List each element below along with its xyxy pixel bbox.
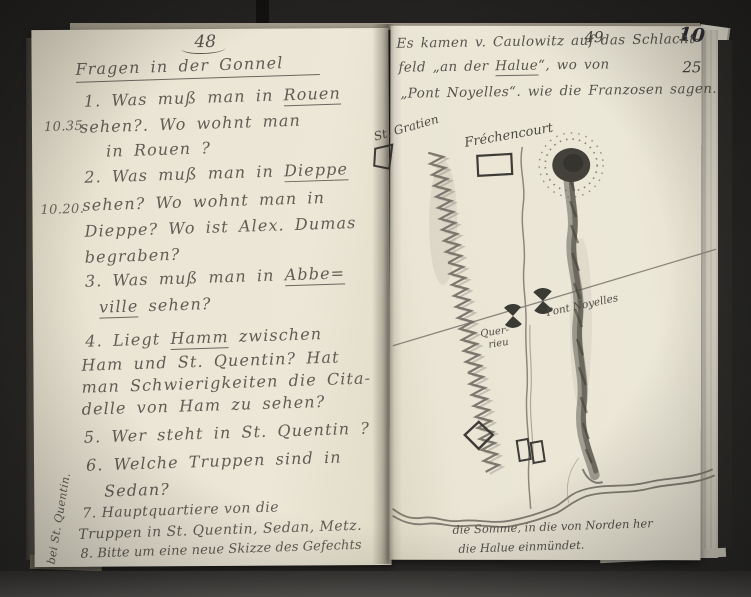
question-line: 7. Hauptquartiere von die [82,499,279,521]
battlefield-sketch-map: St. Gratien Fréchencourt Quer- rieu Pont… [373,113,719,564]
diary-line: „Pont Noyelles“. wie die Franzosen sagen… [400,81,717,102]
text-segment: 2. Was muß man in [84,161,284,186]
question-line: 5. Wer steht in St. Quentin ? [84,419,371,447]
map-caption-line2: die Halue einmündet. [458,538,584,556]
question-line: ville sehen? [99,294,212,317]
question-line: delle von Ham zu sehen? [81,392,325,419]
notebook-photo: 48 Fragen in der Gonnel 10.35. 10.20. 1.… [0,0,751,597]
question-line: 3. Was muß man in Abbe= [85,263,346,290]
page-number-flourish [181,43,225,54]
text-segment: 4. Liegt [85,329,171,351]
diary-line: feld „an der Halue“, wo von [398,56,609,75]
question-line: sehen? Wo wohnt man in [82,188,325,215]
text-segment: sehen? [138,294,212,315]
diary-line: Es kamen v. Caulowitz auf das Schlacht- [396,31,700,52]
river-name-underlined: Halue [495,58,538,77]
text-segment: “, wo von [538,56,610,73]
table-surface-bottom [0,571,751,597]
cover-right-edge [718,40,732,550]
wooded-knoll-core [563,154,583,172]
question-line: 4. Liegt Hamm zwischen [85,324,322,351]
text-segment: 3. Was muß man in [85,265,285,290]
text-segment: feld „an der [398,58,495,76]
right-page: 49 10 25 Es kamen v. Caulowitz auf das S… [390,26,702,561]
place-name-underlined: Hamm [170,327,229,350]
question-line: sehen?. Wo wohnt man [80,111,302,137]
question-line: 1. Was muß man in Rouen [83,83,341,110]
question-line: in Rouen ? [106,138,211,160]
left-page: 48 Fragen in der Gonnel 10.35. 10.20. 1.… [31,28,391,567]
label-frechencourt: Fréchencourt [462,120,555,150]
text-segment: 1. Was muß man in [83,85,283,110]
vertical-margin-note: bei St. Quentin. [45,472,73,565]
place-name-underlined: Rouen [283,83,341,106]
margin-time-note-2: 10.20. [40,202,84,218]
question-line: 2. Was muß man in Dieppe [84,159,348,187]
binding-gutter-shadow [372,24,402,564]
frechencourt-building-symbol [477,154,512,176]
map-caption-line1: die Somme, in die von Norden her [452,516,654,537]
place-name-underlined: Dieppe [284,159,349,182]
text-segment: zwischen [228,324,322,346]
question-line: begraben? [84,245,180,267]
label-querrieu-line2: rieu [488,337,510,351]
page-heading: Fragen in der Gonnel [75,52,320,83]
question-line: Dieppe? Wo ist Alex. Dumas [84,213,356,241]
place-name-underlined: Abbe= [284,263,345,286]
question-line: 6. Welche Truppen sind in [86,448,342,475]
corner-number-2: 25 [682,58,701,76]
place-name-underlined: ville [99,296,139,318]
question-line: Sedan? [104,480,170,501]
